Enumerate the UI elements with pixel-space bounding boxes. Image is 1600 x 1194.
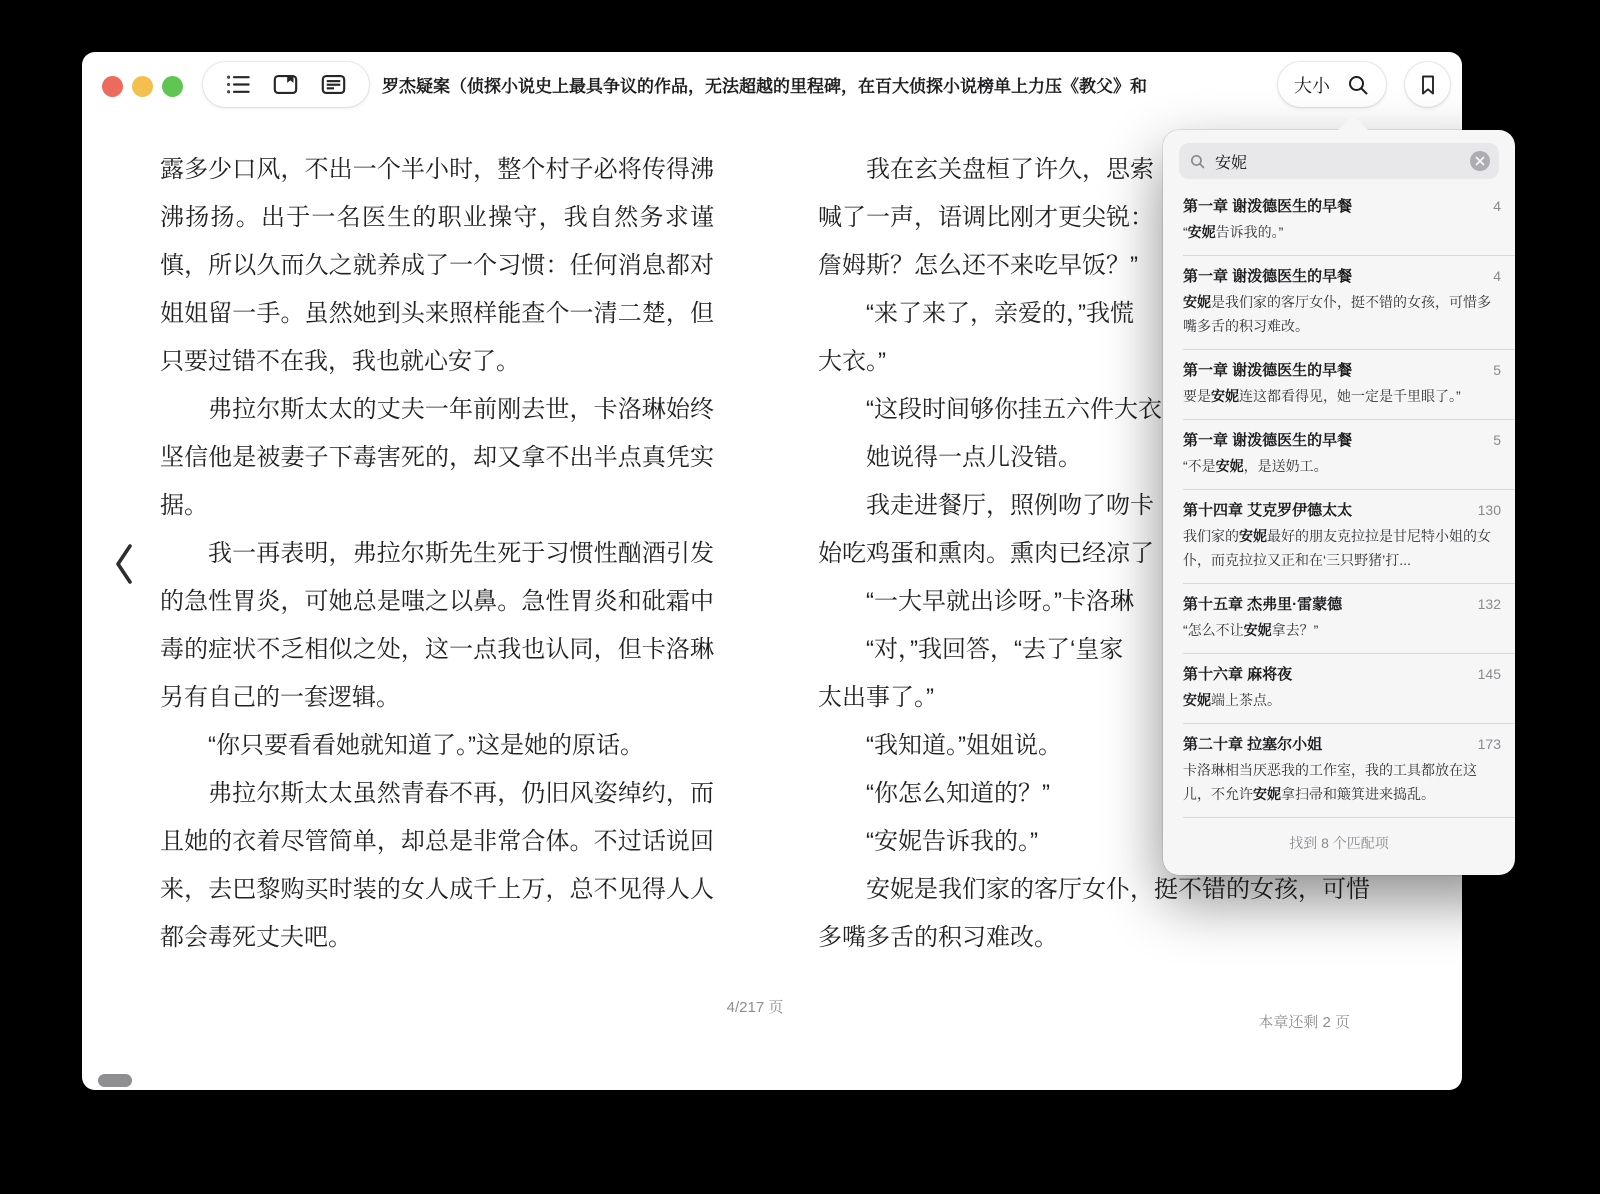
toolbar-left-group [203, 62, 369, 107]
traffic-lights [102, 76, 183, 97]
page-indicator: 4/217 页 [82, 996, 1428, 1017]
result-snippet: 我们家的安妮最好的朋友克拉拉是甘尼特小姐的女仆，而克拉拉又正和在‘三只野猪’打.… [1183, 524, 1501, 572]
result-chapter: 第一章 谢泼德医生的早餐 [1183, 265, 1352, 286]
paragraph: 我一再表明，弗拉尔斯先生死于习惯性酗酒引发的急性胃炎，可她总是嗤之以鼻。急性胃炎… [160, 530, 714, 722]
result-snippet: “不是安妮，是送奶工。 [1183, 454, 1501, 478]
bookmark-icon [1416, 73, 1440, 97]
result-page-number: 5 [1493, 362, 1501, 378]
search-result-row[interactable]: 第一章 谢泼德医生的早餐5要是安妮连这都看得见，她一定是千里眼了。” [1163, 349, 1515, 419]
chapter-remaining-label: 本章还剩 2 页 [1258, 1011, 1350, 1032]
result-page-number: 4 [1493, 268, 1501, 284]
result-snippet: “安妮告诉我的。” [1183, 220, 1501, 244]
search-result-row[interactable]: 第一章 谢泼德医生的早餐5“不是安妮，是送奶工。 [1163, 419, 1515, 489]
paragraph: “你只要看看她就知道了。”这是她的原话。 [160, 722, 714, 770]
search-results-list: 第一章 谢泼德医生的早餐4“安妮告诉我的。”第一章 谢泼德医生的早餐4安妮是我们… [1163, 185, 1515, 817]
paragraph: 弗拉尔斯太太的丈夫一年前刚去世，卡洛琳始终坚信他是被妻子下毒害死的，却又拿不出半… [160, 386, 714, 530]
result-chapter: 第十六章 麻将夜 [1183, 663, 1292, 684]
result-chapter: 第十五章 杰弗里·雷蒙德 [1183, 593, 1342, 614]
search-field [1179, 143, 1499, 179]
result-snippet: “怎么不让安妮拿去？” [1183, 618, 1501, 642]
search-input[interactable] [1213, 151, 1463, 171]
paragraph: 露多少口风，不出一个半小时，整个村子必将传得沸沸扬扬。出于一名医生的职业操守，我… [160, 146, 714, 386]
search-popover: 第一章 谢泼德医生的早餐4“安妮告诉我的。”第一章 谢泼德医生的早餐4安妮是我们… [1163, 130, 1515, 875]
result-snippet: 要是安妮连这都看得见，她一定是千里眼了。” [1183, 384, 1501, 408]
minimize-window-button[interactable] [132, 76, 153, 97]
window-corner-handle [98, 1074, 132, 1087]
table-of-contents-button[interactable] [224, 70, 254, 100]
search-result-row[interactable]: 第二十章 拉塞尔小姐173卡洛琳相当厌恶我的工作室，我的工具都放在这儿，不允许安… [1163, 723, 1515, 817]
paragraph: 弗拉尔斯太太虽然青春不再，仍旧风姿绰约，而且她的衣着尽管简单，却总是非常合体。不… [160, 770, 714, 962]
result-page-number: 132 [1478, 596, 1501, 612]
result-chapter: 第一章 谢泼德医生的早餐 [1183, 195, 1352, 216]
result-page-number: 130 [1478, 502, 1501, 518]
previous-page-button[interactable] [102, 536, 146, 592]
search-result-count: 找到 8 个匹配项 [1163, 817, 1515, 871]
left-page-text: 露多少口风，不出一个半小时，整个村子必将传得沸沸扬扬。出于一名医生的职业操守，我… [160, 146, 714, 962]
toc-icon [225, 71, 252, 98]
search-result-row[interactable]: 第十六章 麻将夜145安妮端上茶点。 [1163, 653, 1515, 723]
search-icon [1346, 73, 1370, 97]
result-chapter: 第一章 谢泼德医生的早餐 [1183, 429, 1352, 450]
result-snippet: 安妮端上茶点。 [1183, 688, 1501, 712]
result-page-number: 145 [1478, 666, 1501, 682]
search-icon [1189, 153, 1206, 170]
search-result-row[interactable]: 第一章 谢泼德医生的早餐4安妮是我们家的客厅女仆，挺不错的女孩，可惜多嘴多舌的积… [1163, 255, 1515, 349]
close-window-button[interactable] [102, 76, 123, 97]
clear-search-button[interactable] [1470, 151, 1490, 171]
bookmarks-page-icon [272, 71, 299, 98]
search-result-row[interactable]: 第一章 谢泼德医生的早餐4“安妮告诉我的。” [1163, 185, 1515, 255]
book-title: 罗杰疑案（侦探小说史上最具争议的作品，无法超越的里程碑，在百大侦探小说榜单上力压… [382, 52, 1152, 122]
notes-icon [320, 71, 347, 98]
result-snippet: 安妮是我们家的客厅女仆，挺不错的女孩，可惜多嘴多舌的积习难改。 [1183, 290, 1501, 338]
result-page-number: 4 [1493, 198, 1501, 214]
search-button[interactable] [1346, 73, 1370, 97]
search-result-row[interactable]: 第十四章 艾克罗伊德太太130我们家的安妮最好的朋友克拉拉是甘尼特小姐的女仆，而… [1163, 489, 1515, 583]
text-line: 多嘴多舌的积习难改。 [818, 914, 1458, 962]
result-snippet: 卡洛琳相当厌恶我的工作室，我的工具都放在这儿，不允许安妮拿扫帚和簸箕进来捣乱。 [1183, 758, 1501, 806]
result-chapter: 第一章 谢泼德医生的早餐 [1183, 359, 1352, 380]
notes-panel-button[interactable] [318, 70, 348, 100]
result-page-number: 173 [1478, 736, 1501, 752]
zoom-window-button[interactable] [162, 76, 183, 97]
text-size-button[interactable]: 大小 [1294, 72, 1330, 98]
search-result-row[interactable]: 第十五章 杰弗里·雷蒙德132“怎么不让安妮拿去？” [1163, 583, 1515, 653]
result-page-number: 5 [1493, 432, 1501, 448]
bookmarks-panel-button[interactable] [271, 70, 301, 100]
bookmark-page-button[interactable] [1405, 62, 1450, 107]
toolbar-right-group: 大小 [1278, 62, 1386, 107]
clear-icon [1475, 156, 1485, 166]
chevron-left-icon [111, 541, 137, 587]
result-chapter: 第十四章 艾克罗伊德太太 [1183, 499, 1352, 520]
result-chapter: 第二十章 拉塞尔小姐 [1183, 733, 1322, 754]
